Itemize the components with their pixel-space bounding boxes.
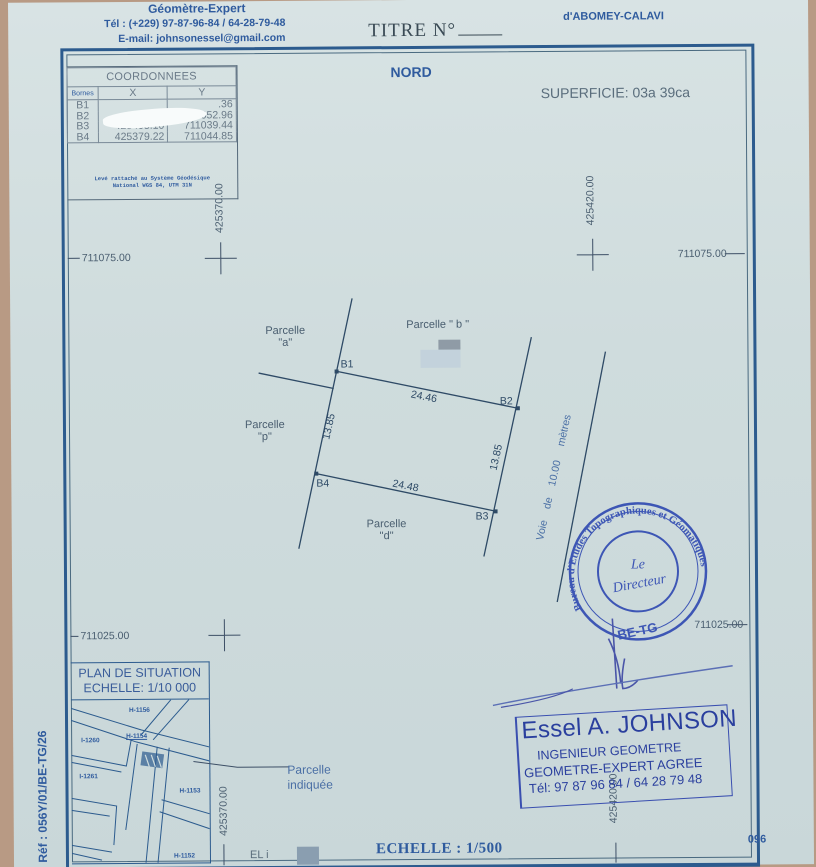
borne-b2-marker (516, 406, 520, 410)
grid-x-top-right: 425420.00 (584, 176, 596, 226)
grid-y-top-right: 711075.00 (678, 248, 727, 260)
parcel-a-label-line2: "a" (265, 337, 305, 349)
parcel-indicated-line1: Parcelle (287, 763, 332, 778)
lot-h1154: H-1154 (126, 733, 147, 740)
borne-b1-label: B1 (341, 358, 354, 370)
parcel-a-label-line1: Parcelle (265, 325, 305, 337)
borne-b2-label: B2 (500, 395, 513, 407)
borne-b4-marker (314, 472, 318, 476)
redacted-patch (438, 340, 460, 350)
borne-b1-marker (335, 369, 339, 373)
lot-h1152: H-1152 (174, 853, 195, 860)
parcel-indicated-label: Parcelle indiquée (287, 763, 333, 793)
borne-b3-label: B3 (476, 510, 489, 522)
lot-h1156: H-1156 (129, 707, 150, 714)
grid-cross-bottom-left (208, 619, 240, 651)
parcel-indicated-line2: indiquée (287, 778, 332, 793)
parcel-d-label-line2: "d" (367, 530, 407, 542)
parcel-d-label: Parcelle "d" (367, 518, 407, 542)
situation-plan-title: PLAN DE SITUATION ECHELLE: 1/10 000 (71, 665, 209, 696)
parcel-pointer-line (193, 751, 293, 782)
parcel-b-label: Parcelle " b " (406, 319, 469, 331)
surveyor-stamp: Essel A. JOHNSON INGENIEUR GEOMETRE GEOM… (515, 704, 733, 808)
stamp-inner-line2: Directeur (611, 572, 668, 597)
round-stamp: Bureau d'Etudes Topographiques et Géomat… (492, 503, 733, 708)
lot-i1260: I-1260 (81, 737, 99, 744)
reference-number: Réf : 056Y/01/BE-TG/26 (35, 731, 50, 863)
lot-i1261: I-1261 (79, 773, 97, 780)
situation-plan-heading: PLAN DE SITUATION (71, 665, 209, 681)
road-label-de: de (541, 496, 555, 510)
borne-b4-label: B4 (316, 478, 329, 490)
parcel-a-label: Parcelle "a" (265, 325, 305, 349)
situation-plan: PLAN DE SITUATION ECHELLE: 1/10 000 H-11… (71, 661, 211, 864)
parcel-p-label: Parcelle "p" (245, 419, 285, 443)
grid-x-top-left: 425370.00 (213, 183, 225, 233)
grid-y-bottom-left: 711025.00 (80, 630, 129, 642)
redacted-patch-light (420, 350, 460, 368)
grid-y-bottom-right: 711025.00 (694, 619, 743, 631)
stamp-inner-line1: Le (630, 557, 645, 572)
parcel-a-boundary (259, 373, 334, 390)
grid-cross-top-right (577, 239, 609, 271)
parcel-p-label-line2: "p" (245, 431, 285, 443)
grid-x-bottom-left: 425370.00 (217, 786, 229, 836)
grid-y-top-left: 711075.00 (82, 252, 131, 264)
redacted-box (297, 847, 319, 865)
plan-scale: ECHELLE : 1/500 (376, 840, 503, 858)
parcel-boundary-east (482, 337, 533, 556)
el-label: EL i (250, 849, 269, 861)
parcel-p-label-line1: Parcelle (245, 419, 285, 431)
grid-cross-top-left (205, 242, 237, 274)
situation-plan-scale: ECHELLE: 1/10 000 (71, 680, 209, 696)
situation-map (71, 699, 210, 863)
page-number: 096 (748, 834, 766, 846)
borne-b3-marker (494, 509, 498, 513)
parcel-d-label-line1: Parcelle (367, 518, 407, 530)
survey-plan-sheet: Géomètre-Expert Tél : (+229) 97-87-96-84… (8, 0, 814, 867)
lot-h1153: H-1153 (179, 787, 200, 794)
